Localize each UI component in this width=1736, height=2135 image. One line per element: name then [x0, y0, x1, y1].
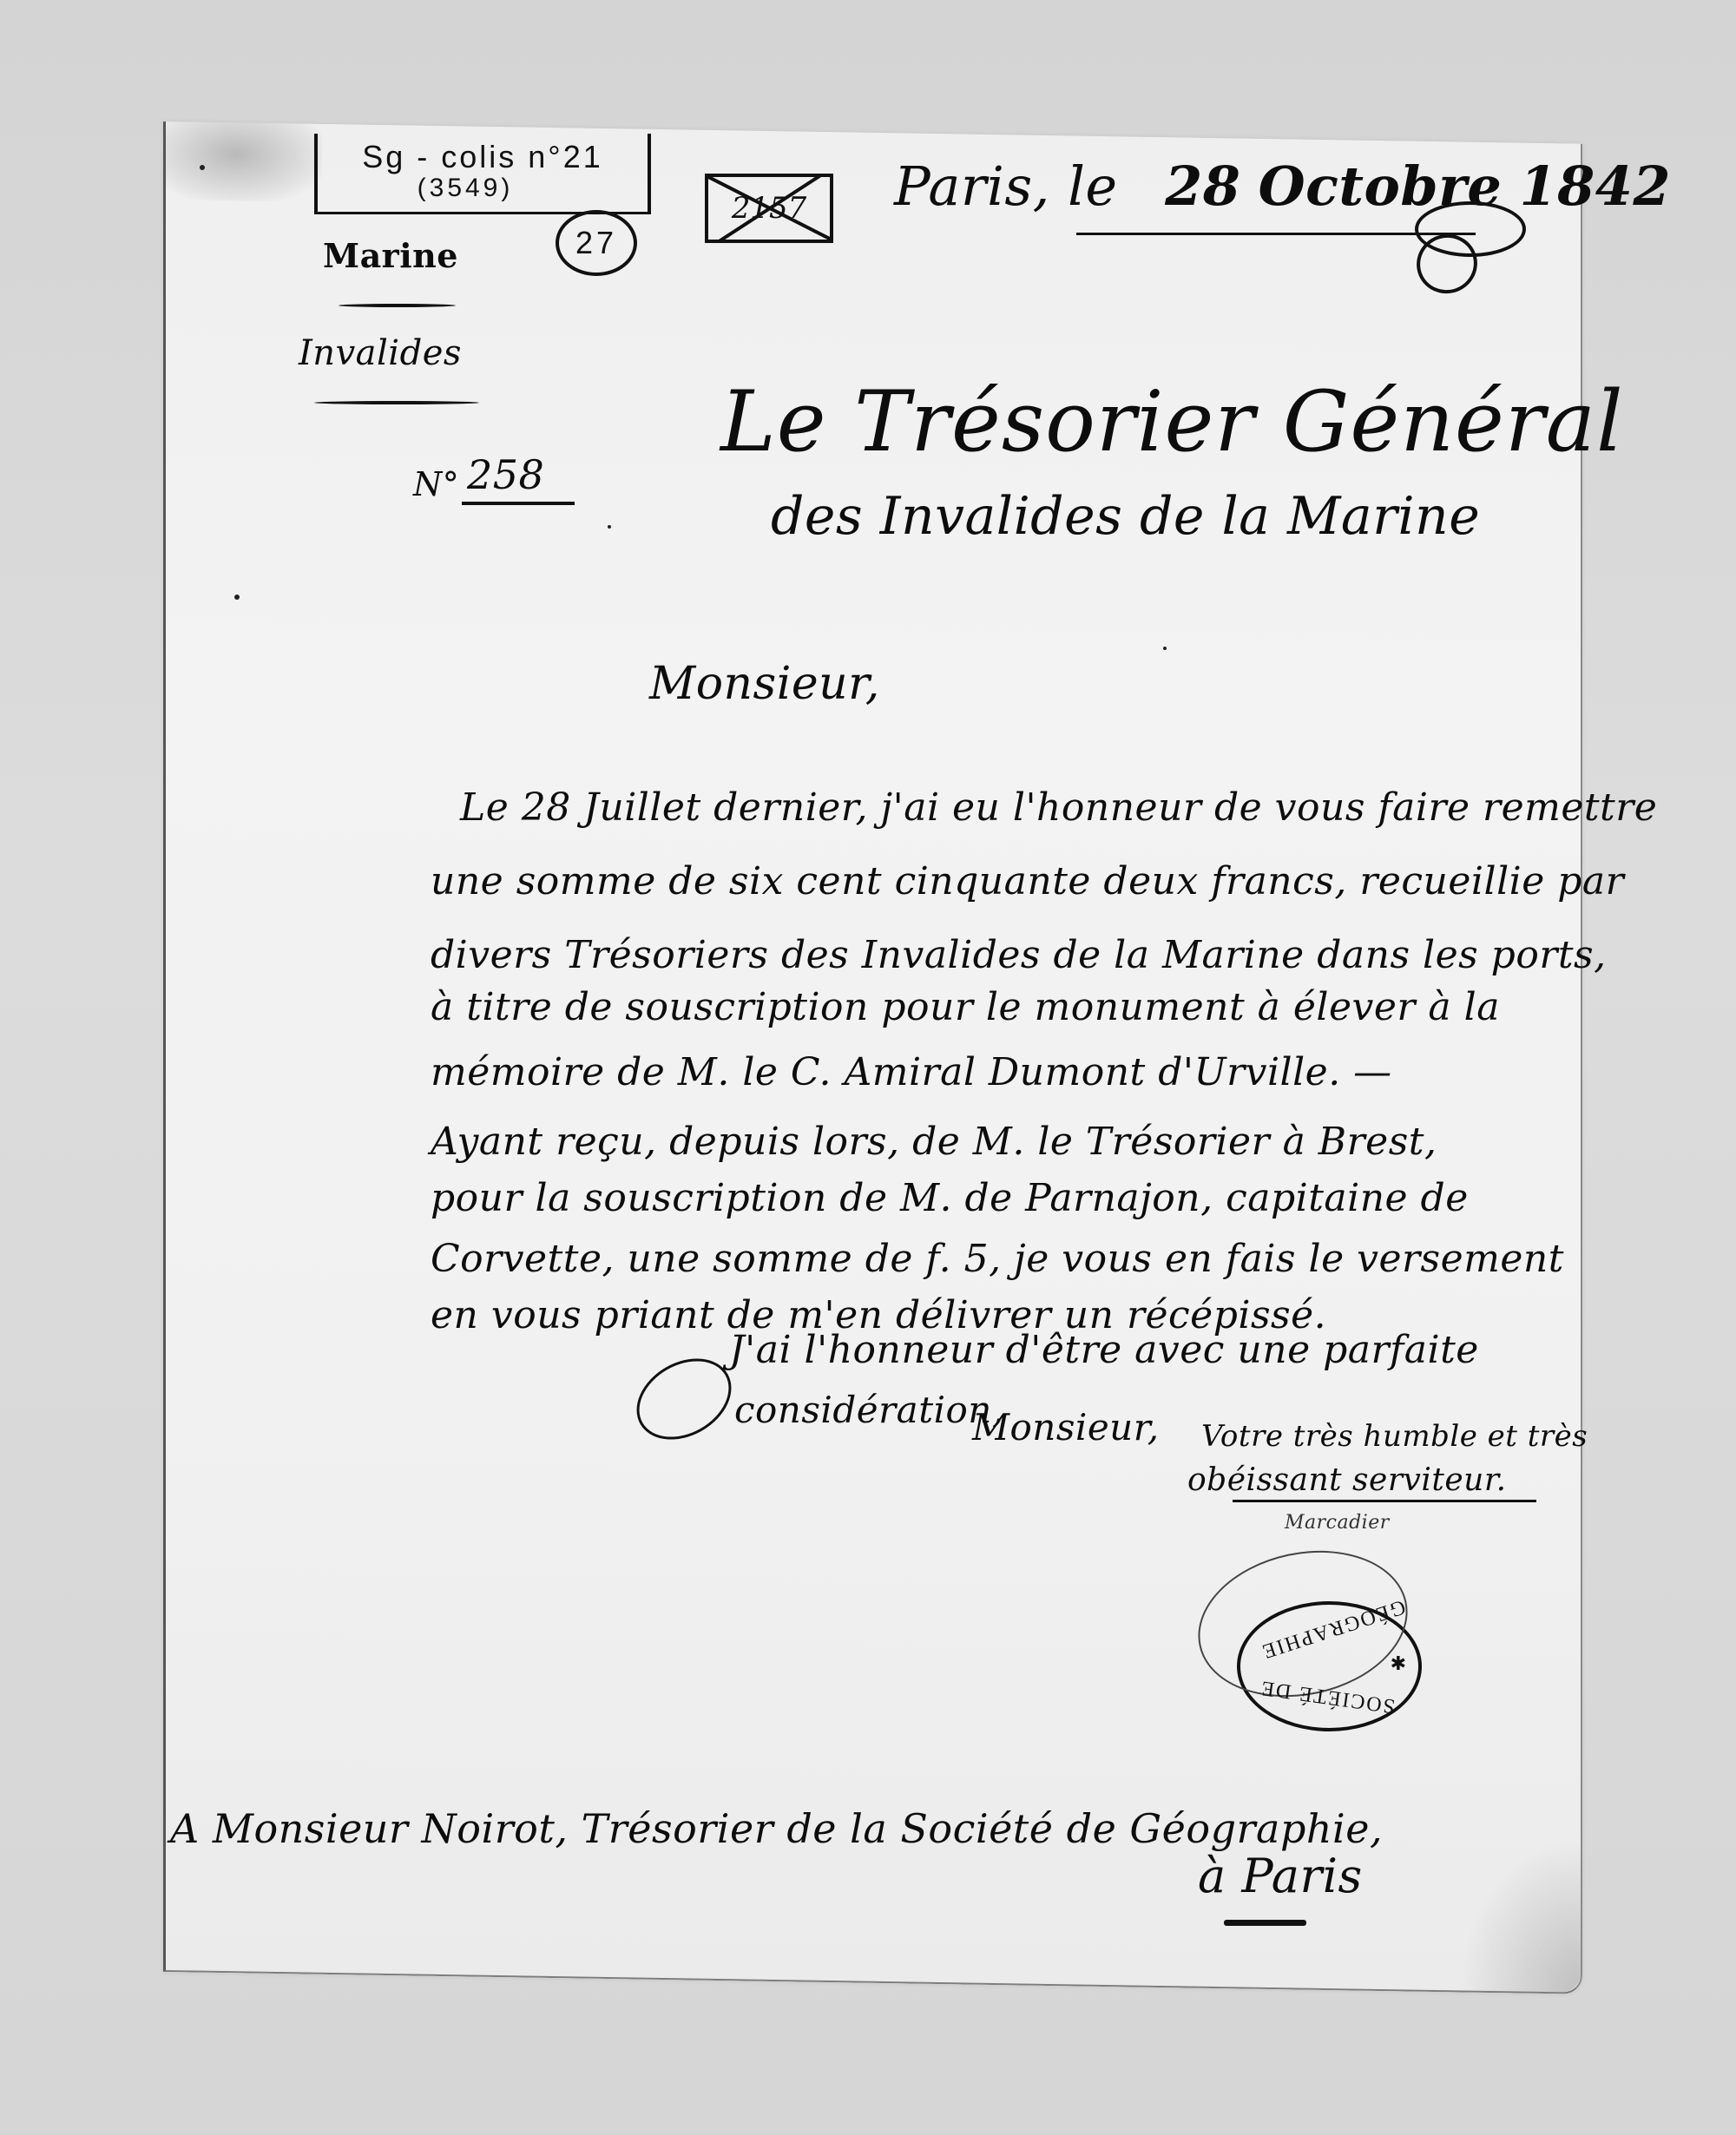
date-day: 28: [1165, 154, 1240, 218]
recipient-line: A Monsieur Noirot, Trésorier de la Socié…: [170, 1805, 1383, 1852]
body-line: Ayant reçu, depuis lors, de M. le Trésor…: [431, 1120, 1437, 1164]
body-line: une somme de six cent cinquante deux fra…: [431, 859, 1624, 903]
section-label: Invalides: [299, 333, 462, 373]
place-prefix: Paris, le: [894, 154, 1118, 218]
archive-label-line1: Sg - colis n°21: [318, 139, 648, 175]
closing-address: Monsieur,: [972, 1406, 1160, 1449]
paper-stain: [166, 122, 322, 202]
paper-corner-shadow: [1459, 1834, 1581, 1992]
ink-speck: [608, 525, 611, 529]
reference-number: 258: [467, 451, 544, 498]
society-stamp: GÉOGRAPHIE SOCIÉTÉ DE ✱: [1237, 1601, 1422, 1731]
closing-line: J'ai l'honneur d'être avec une parfaite: [729, 1328, 1479, 1372]
archive-label-line2: (3549): [318, 174, 613, 203]
folio-number-circle: 27: [556, 210, 637, 276]
ink-speck: [234, 595, 240, 600]
divider-rule: [314, 401, 479, 404]
closing-rule: [1224, 1920, 1306, 1926]
signature: Marcadier: [1285, 1512, 1390, 1534]
ink-speck: [200, 165, 205, 170]
ink-speck: [1163, 647, 1167, 650]
salutation: Monsieur,: [649, 658, 880, 710]
body-line: pour la souscription de M. de Parnajon, …: [431, 1176, 1469, 1220]
divider-rule: [339, 304, 456, 307]
body-line: Le 28 Juillet dernier, j'ai eu l'honneur…: [460, 785, 1657, 830]
struck-out-number-box: 2157: [705, 174, 833, 243]
sign-off-line: obéissant serviteur.: [1187, 1462, 1507, 1498]
date-line: Paris, le 28 Octobre 1842: [894, 154, 1671, 218]
body-line: à titre de souscription pour le monument…: [431, 985, 1500, 1029]
reference-underline: [462, 502, 575, 505]
sign-off-underline: [1233, 1500, 1536, 1502]
sign-off-line: Votre très humble et très: [1201, 1419, 1588, 1454]
body-line: divers Trésoriers des Invalides de la Ma…: [431, 933, 1607, 977]
body-line: Corvette, une somme de f. 5, je vous en …: [431, 1237, 1564, 1281]
department-label: Marine: [323, 236, 458, 275]
recipient-city: à Paris: [1198, 1849, 1363, 1903]
reference-label: N°: [413, 465, 459, 503]
sender-subtitle: des Invalides de la Marine: [771, 486, 1480, 547]
star-icon: ✱: [1391, 1653, 1406, 1675]
closing-line: considération,: [734, 1389, 1004, 1431]
sender-title: Le Trésorier Général: [720, 373, 1624, 470]
archive-label: Sg - colis n°21 (3549): [314, 134, 651, 214]
folio-number: 27: [575, 225, 617, 261]
date-year: 1842: [1520, 154, 1672, 218]
body-line: mémoire de M. le C. Amiral Dumont d'Urvi…: [431, 1050, 1392, 1094]
